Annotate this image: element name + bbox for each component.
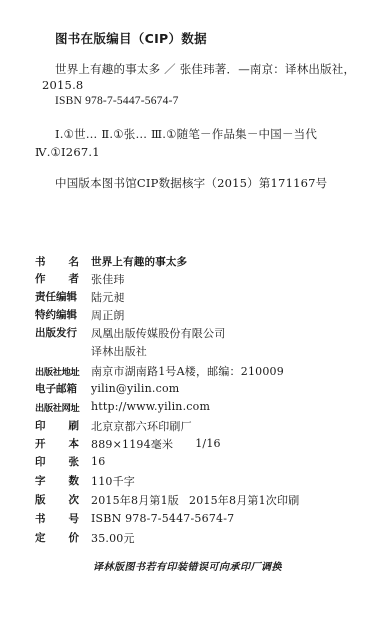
info-label: 出版社地址 (35, 364, 79, 378)
cip-number: 中国版本图书馆CIP数据核字（2015）第171167号 (55, 175, 327, 191)
info-value: yilin@yilin.com (91, 382, 179, 395)
info-row-website: 出版社网址 http://www.yilin.com (35, 398, 210, 415)
info-value: 110千字 (91, 473, 135, 489)
info-label: 出版发行 (35, 325, 79, 340)
info-label: 印刷 (35, 418, 79, 433)
info-value-2: 2015年8月第1次印刷 (189, 492, 299, 508)
info-value: ISBN 978-7-5447-5674-7 (91, 512, 234, 525)
info-row-special-editor: 特约编辑 周正朗 (35, 306, 125, 323)
cip-classification-1: Ⅰ.①世… Ⅱ.①张… Ⅲ.①随笔－作品集－中国－当代 (55, 126, 317, 142)
info-value: 南京市湖南路1号A楼，邮编：210009 (91, 363, 284, 379)
info-row-price: 定价 35.00元 (35, 529, 135, 546)
info-row-address: 出版社地址 南京市湖南路1号A楼，邮编：210009 (35, 362, 284, 379)
info-value: 2015年8月第1版 (91, 492, 179, 508)
info-row-email: 电子邮箱 yilin@yilin.com (35, 380, 179, 397)
info-row-editor: 责任编辑 陆元昶 (35, 288, 125, 305)
info-value: 889×1194毫米 (91, 436, 173, 452)
info-label: 电子邮箱 (35, 381, 79, 396)
cip-classification-2: Ⅳ.①I267.1 (35, 145, 100, 159)
info-row-printer: 印刷 北京京都六环印刷厂 (35, 417, 192, 434)
info-row-author: 作者 张佳玮 (35, 270, 125, 287)
info-value: 周正朗 (91, 307, 125, 323)
info-label: 作者 (35, 271, 79, 286)
info-row-format: 开本 889×1194毫米 1/16 (35, 435, 221, 452)
info-value: 凤凰出版传媒股份有限公司 (91, 325, 225, 341)
info-row-edition: 版次 2015年8月第1版 2015年8月第1次印刷 (35, 491, 299, 508)
info-label: 责任编辑 (35, 289, 79, 304)
info-value-2: 1/16 (195, 437, 221, 450)
info-value: 张佳玮 (91, 271, 125, 287)
info-row-publisher-2: 译林出版社 (35, 342, 147, 359)
footnote: 译林版图书若有印装错误可向承印厂调换 (93, 558, 282, 573)
info-label: 版次 (35, 492, 79, 507)
info-label: 书号 (35, 511, 79, 526)
info-label: 开本 (35, 436, 79, 451)
info-row-title: 书名 世界上有趣的事太多 (35, 253, 187, 270)
info-label: 特约编辑 (35, 307, 79, 322)
info-label: 字数 (35, 473, 79, 488)
info-row-publisher: 出版发行 凤凰出版传媒股份有限公司 (35, 324, 225, 341)
cip-main-entry: 世界上有趣的事太多 ／ 张佳玮著．—南京：译林出版社， (55, 61, 355, 77)
info-label: 书名 (35, 254, 79, 269)
info-label: 出版社网址 (35, 400, 79, 414)
cip-main-entry-continued: 2015.8 (42, 78, 83, 92)
info-value: 世界上有趣的事太多 (91, 254, 187, 269)
cip-isbn: ISBN 978-7-5447-5674-7 (55, 95, 179, 107)
info-value: http://www.yilin.com (91, 400, 210, 413)
info-value: 译林出版社 (91, 343, 147, 359)
info-value: 35.00元 (91, 530, 135, 546)
info-row-isbn: 书号 ISBN 978-7-5447-5674-7 (35, 510, 234, 527)
info-row-sheets: 印张 16 (35, 453, 105, 470)
info-value: 北京京都六环印刷厂 (91, 418, 192, 434)
info-label: 定价 (35, 530, 79, 545)
info-row-word-count: 字数 110千字 (35, 472, 135, 489)
cip-title: 图书在版编目（CIP）数据 (55, 29, 207, 47)
info-value: 16 (91, 455, 105, 468)
info-value: 陆元昶 (91, 289, 125, 305)
info-label: 印张 (35, 454, 79, 469)
